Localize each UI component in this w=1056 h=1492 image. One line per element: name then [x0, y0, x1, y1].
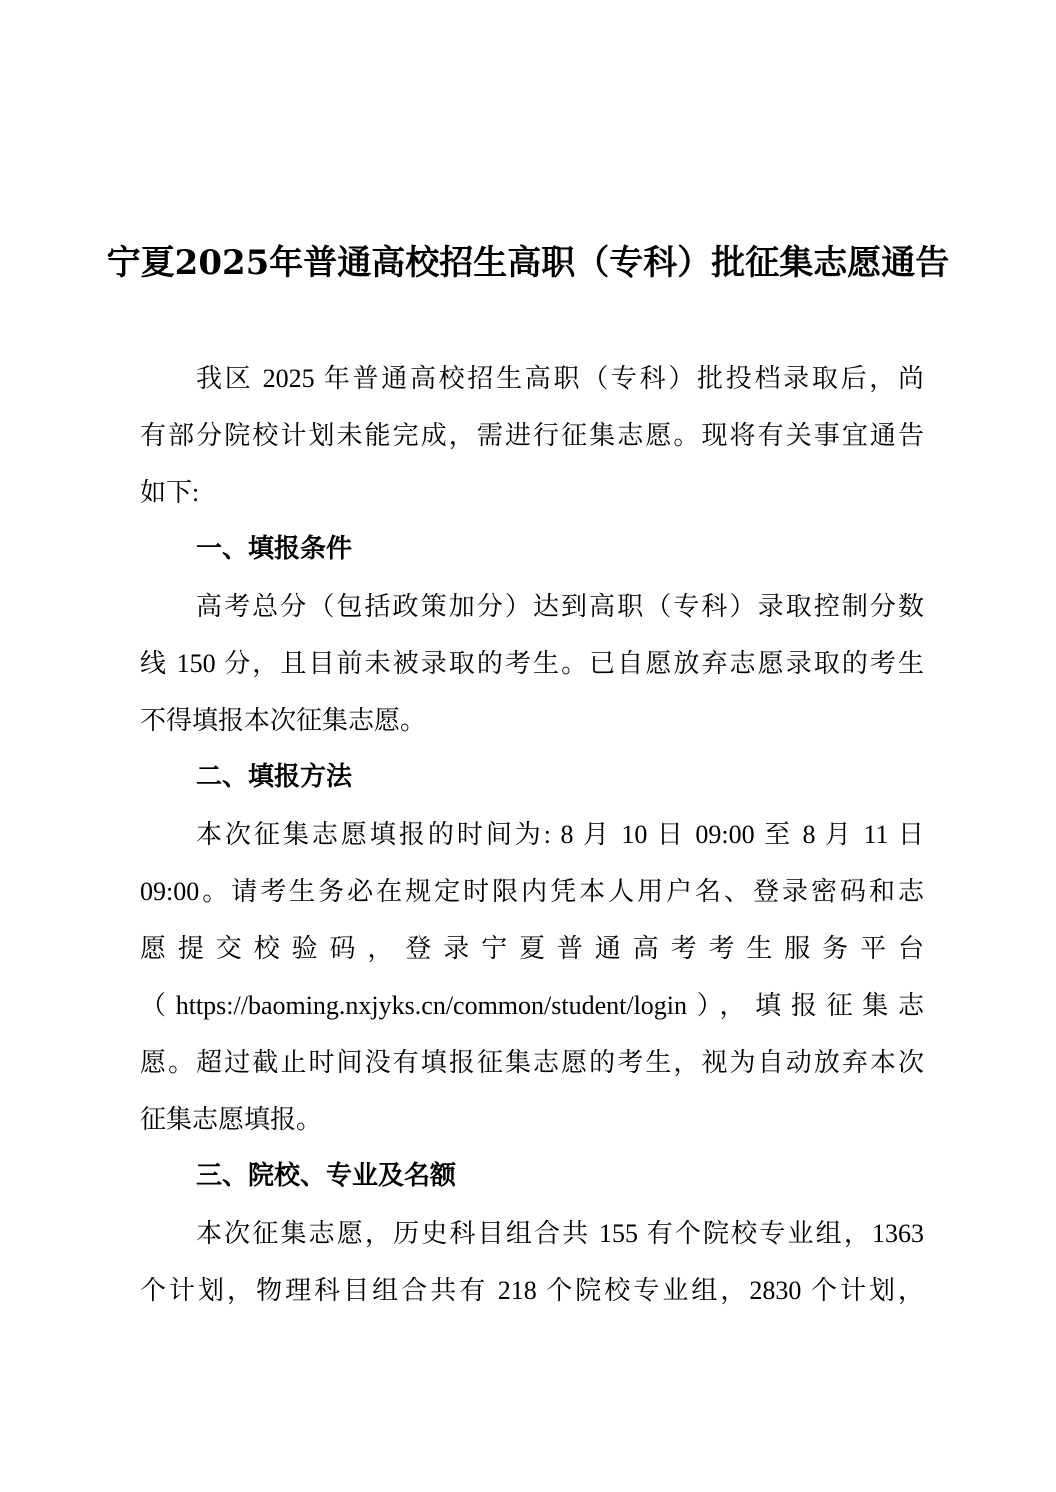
quota-paragraph: 本次征集志愿，历史科目组合共 155 有个院校专业组，1363 个计划，物理科目… [140, 1205, 924, 1319]
section-heading-quota: 三、院校、专业及名额 [196, 1148, 456, 1205]
section-heading-eligibility: 一、填报条件 [196, 521, 352, 578]
paragraph-line: 有部分院校计划未能完成，需进行征集志愿。现将有关事宜通告 [140, 407, 924, 464]
eligibility-paragraph: 高考总分（包括政策加分）达到高职（专科）录取控制分数 线 150 分，且目前未被… [140, 578, 924, 749]
paragraph-line: 本次征集志愿，历史科目组合共 155 有个院校专业组，1363 [140, 1205, 924, 1262]
paragraph-line: 愿 提 交 校 验 码 ， 登 录 宁 夏 普 通 高 考 考 生 服 务 平 … [140, 920, 924, 977]
paragraph-line: 高考总分（包括政策加分）达到高职（专科）录取控制分数 [140, 578, 924, 635]
method-paragraph: 本次征集志愿填报的时间为: 8 月 10 日 09:00 至 8 月 11 日 … [140, 806, 924, 1148]
document-title: 宁夏2025年普通高校招生高职（专科）批征集志愿通告 [0, 238, 1056, 288]
paragraph-line: 本次征集志愿填报的时间为: 8 月 10 日 09:00 至 8 月 11 日 [140, 806, 924, 863]
document-page: 宁夏2025年普通高校招生高职（专科）批征集志愿通告 我区 2025 年普通高校… [0, 0, 1056, 1492]
paragraph-line: 不得填报本次征集志愿。 [140, 692, 924, 749]
paragraph-line: 09:00。请考生务必在规定时限内凭本人用户名、登录密码和志 [140, 863, 924, 920]
intro-paragraph: 我区 2025 年普通高校招生高职（专科）批投档录取后，尚 有部分院校计划未能完… [140, 350, 924, 521]
paragraph-line: 如下: [140, 464, 924, 521]
paragraph-line: 线 150 分，且目前未被录取的考生。已自愿放弃志愿录取的考生 [140, 635, 924, 692]
paragraph-line: 愿。超过截止时间没有填报征集志愿的考生，视为自动放弃本次 [140, 1034, 924, 1091]
url-line[interactable]: （https://baoming.nxjyks.cn/common/studen… [140, 977, 924, 1034]
paragraph-line: 个计划，物理科目组合共有 218 个院校专业组，2830 个计划， [140, 1262, 924, 1319]
section-heading-method: 二、填报方法 [196, 749, 352, 806]
paragraph-line: 我区 2025 年普通高校招生高职（专科）批投档录取后，尚 [140, 350, 924, 407]
paragraph-line: 征集志愿填报。 [140, 1091, 924, 1148]
